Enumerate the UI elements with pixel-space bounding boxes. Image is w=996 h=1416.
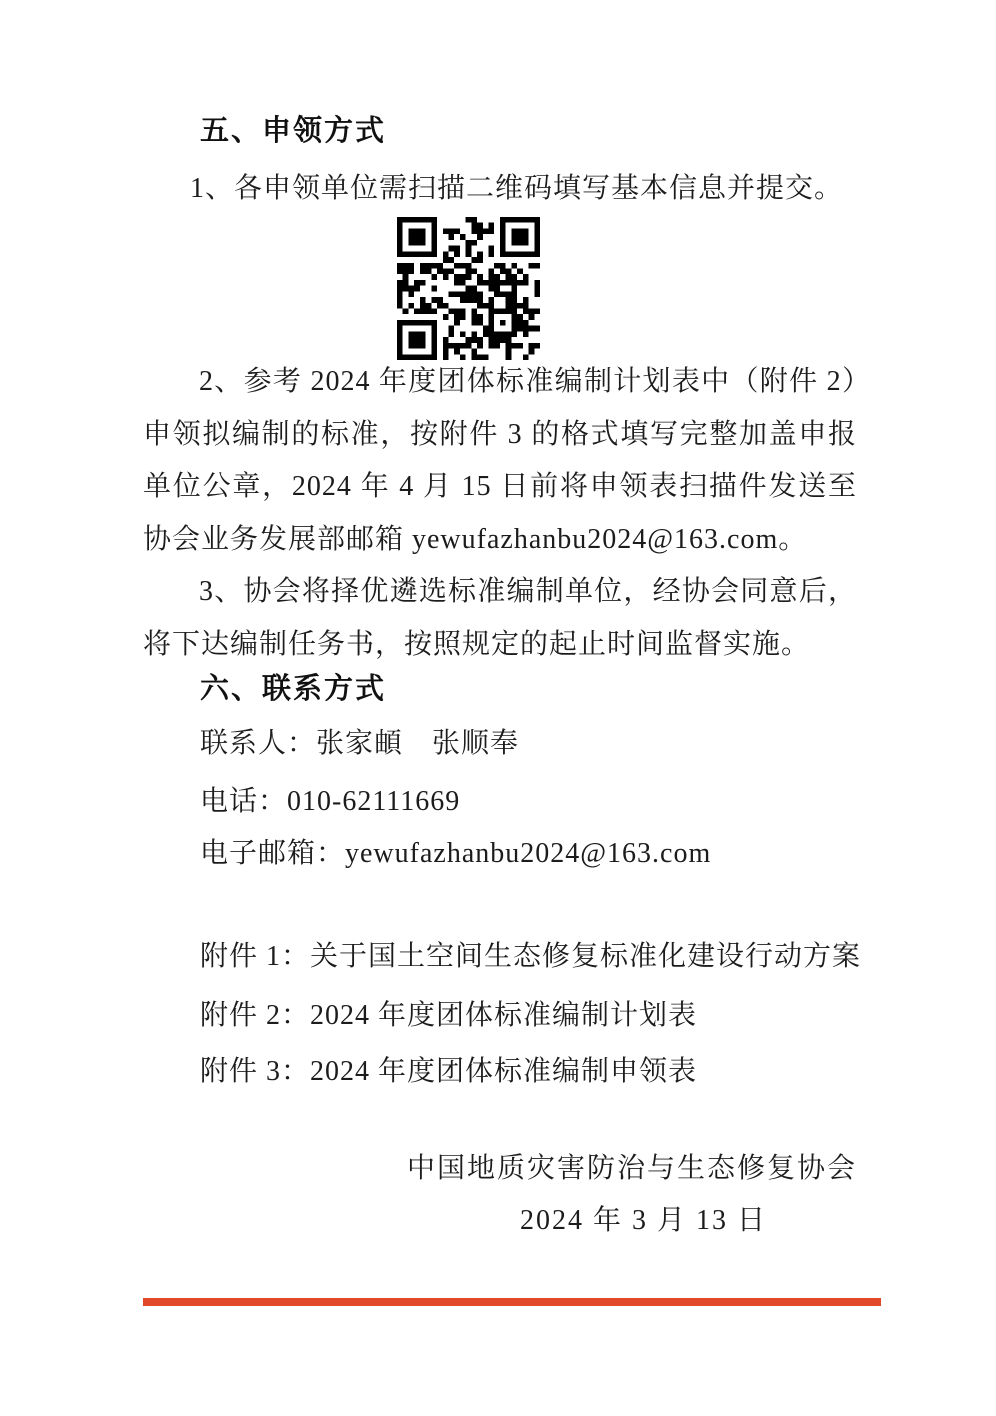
section5-item2: 2、参考 2024 年度团体标准编制计划表中（附件 2）申领拟编制的标准，按附件… (143, 356, 857, 566)
contact-phone: 电话：010-62111669 (200, 776, 460, 828)
document-page: 五、申领方式 1、各申领单位需扫描二维码填写基本信息并提交。 2、参考 2024… (0, 0, 996, 1416)
section6-heading: 六、联系方式 (200, 672, 386, 706)
qr-code-pattern (397, 217, 540, 360)
attachment-item-2: 附件 2：2024 年度团体标准编制计划表 (200, 990, 697, 1042)
issue-date: 2024 年 3 月 13 日 (143, 1204, 857, 1238)
contact-email: 电子邮箱：yewufazhanbu2024@163.com (200, 828, 711, 880)
contact-persons: 联系人：张家頔 张顺奉 (200, 718, 519, 770)
attachment-item-3: 附件 3：2024 年度团体标准编制申领表 (200, 1046, 697, 1098)
qr-code-image (397, 217, 540, 360)
issuer-signature: 中国地质灾害防治与生态修复协会 (143, 1152, 857, 1186)
bottom-red-divider (143, 1298, 881, 1306)
section5-item1: 1、各申领单位需扫描二维码填写基本信息并提交。 (190, 163, 843, 215)
attachment-item-1: 附件 1：关于国土空间生态修复标准化建设行动方案 (200, 931, 861, 983)
section5-heading: 五、申领方式 (200, 114, 386, 148)
section5-item3: 3、协会将择优遴选标准编制单位，经协会同意后，将下达编制任务书，按照规定的起止时… (143, 566, 857, 671)
